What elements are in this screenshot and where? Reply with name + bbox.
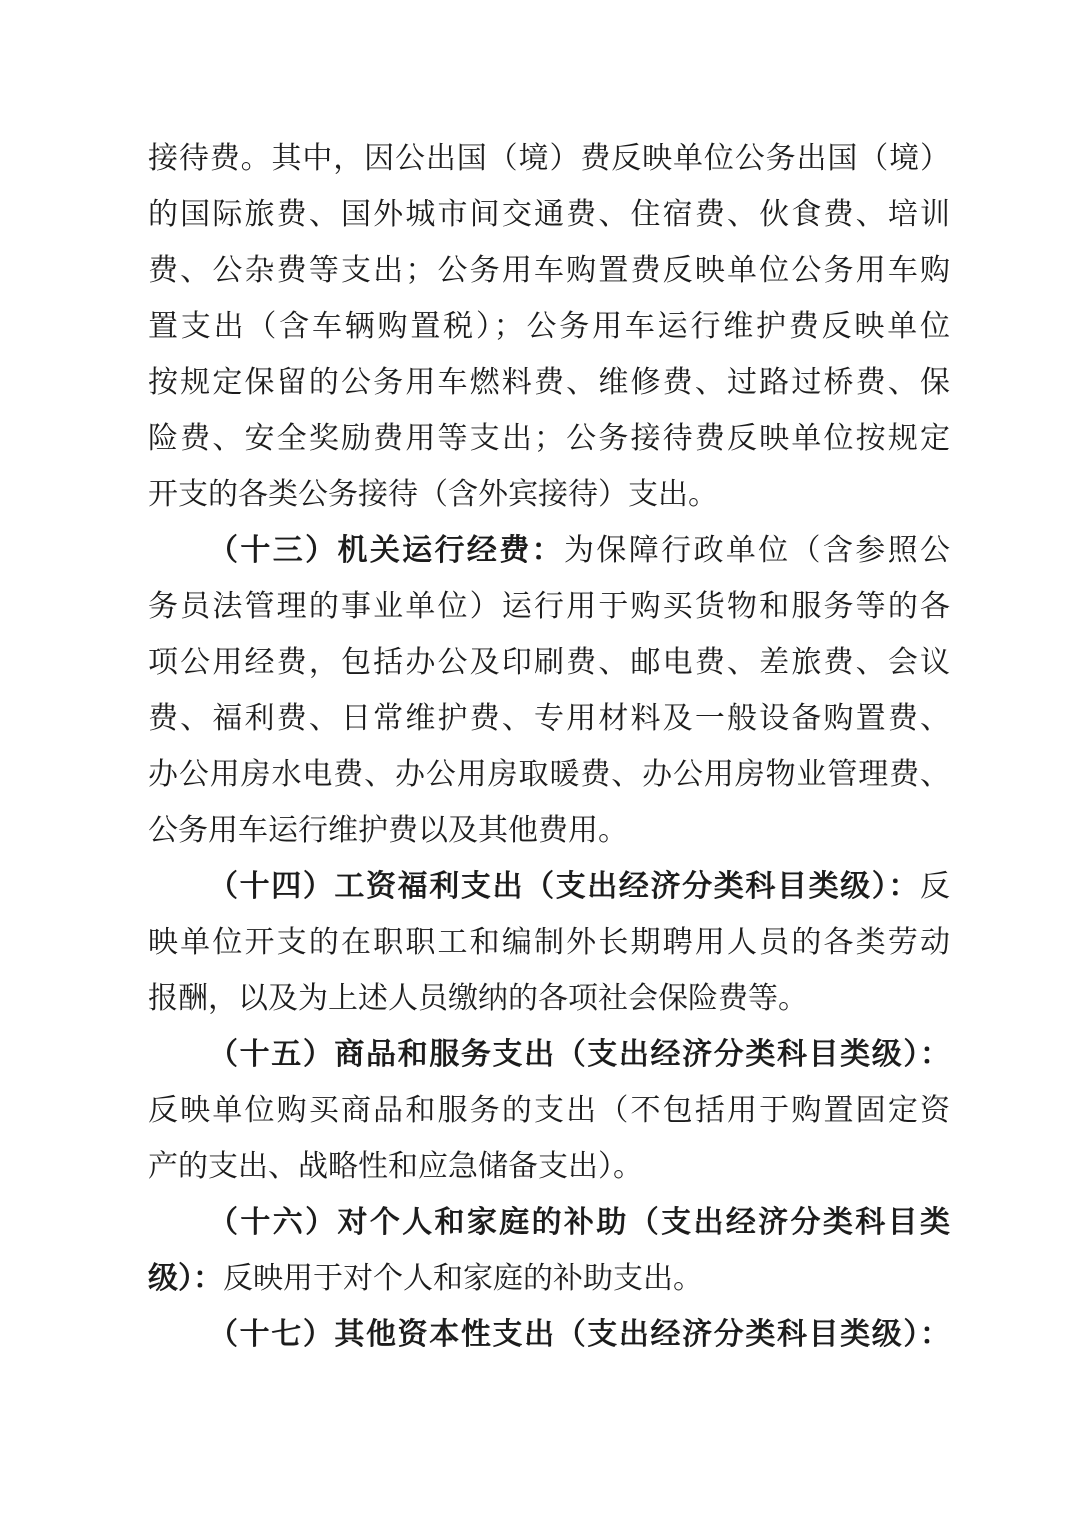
- heading-text-segment: （十七）其他资本性支出（支出经济分类科目类级）：: [208, 1318, 950, 1351]
- text-line: 开支的各类公务接待（含外宾接待）支出。: [148, 467, 950, 523]
- body-text-segment: 项公用经费，包括办公及印刷费、邮电费、差旅费、会议: [148, 646, 950, 679]
- body-text-segment: 反: [920, 870, 950, 903]
- body-text-segment: 费、福利费、日常维护费、专用材料及一般设备购置费、: [148, 702, 950, 735]
- text-line: （十四）工资福利支出（支出经济分类科目类级）：反: [148, 859, 950, 915]
- text-line: （十七）其他资本性支出（支出经济分类科目类级）：: [148, 1307, 950, 1363]
- body-text-segment: 务员法管理的事业单位）运行用于购买货物和服务等的各: [148, 590, 950, 623]
- paragraph: （十三）机关运行经费：为保障行政单位（含参照公务员法管理的事业单位）运行用于购买…: [148, 523, 950, 859]
- body-text-segment: 费、公杂费等支出；公务用车购置费反映单位公务用车购: [148, 254, 950, 287]
- body-text-segment: 开支的各类公务接待（含外宾接待）支出。: [148, 478, 718, 511]
- body-text-segment: 的国际旅费、国外城市间交通费、住宿费、伙食费、培训: [148, 198, 950, 231]
- text-line: 映单位开支的在职职工和编制外长期聘用人员的各类劳动: [148, 915, 950, 971]
- text-line: （十五）商品和服务支出（支出经济分类科目类级）：: [148, 1027, 950, 1083]
- body-text-segment: 为保障行政单位（含参照公: [564, 534, 950, 567]
- text-line: 的国际旅费、国外城市间交通费、住宿费、伙食费、培训: [148, 187, 950, 243]
- heading-text-segment: （十四）工资福利支出（支出经济分类科目类级）：: [208, 870, 920, 903]
- body-text-segment: 报酬，以及为上述人员缴纳的各项社会保险费等。: [148, 982, 808, 1015]
- body-text-segment: 置支出（含车辆购置税）；公务用车运行维护费反映单位: [148, 310, 950, 343]
- paragraph: 接待费。其中，因公出国（境）费反映单位公务出国（境）的国际旅费、国外城市间交通费…: [148, 131, 950, 523]
- text-line: 务员法管理的事业单位）运行用于购买货物和服务等的各: [148, 579, 950, 635]
- heading-text-segment: （十六）对个人和家庭的补助（支出经济分类科目类: [208, 1206, 950, 1239]
- body-text-segment: 接待费。其中，因公出国（境）费反映单位公务出国（境）: [148, 142, 950, 175]
- document-page: { "page": { "background_color": "#ffffff…: [0, 0, 1075, 1520]
- document-body: 接待费。其中，因公出国（境）费反映单位公务出国（境）的国际旅费、国外城市间交通费…: [148, 131, 950, 1363]
- text-line: 公务用车运行维护费以及其他费用。: [148, 803, 950, 859]
- paragraph: （十五）商品和服务支出（支出经济分类科目类级）：反映单位购买商品和服务的支出（不…: [148, 1027, 950, 1195]
- text-line: 接待费。其中，因公出国（境）费反映单位公务出国（境）: [148, 131, 950, 187]
- text-line: 项公用经费，包括办公及印刷费、邮电费、差旅费、会议: [148, 635, 950, 691]
- text-line: 置支出（含车辆购置税）；公务用车运行维护费反映单位: [148, 299, 950, 355]
- text-line: 费、福利费、日常维护费、专用材料及一般设备购置费、: [148, 691, 950, 747]
- body-text-segment: 反映单位购买商品和服务的支出（不包括用于购置固定资: [148, 1094, 950, 1127]
- text-line: （十三）机关运行经费：为保障行政单位（含参照公: [148, 523, 950, 579]
- body-text-segment: 险费、安全奖励费用等支出；公务接待费反映单位按规定: [148, 422, 950, 455]
- paragraph: （十四）工资福利支出（支出经济分类科目类级）：反映单位开支的在职职工和编制外长期…: [148, 859, 950, 1027]
- text-line: 办公用房水电费、办公用房取暖费、办公用房物业管理费、: [148, 747, 950, 803]
- text-line: 费、公杂费等支出；公务用车购置费反映单位公务用车购: [148, 243, 950, 299]
- body-text-segment: 公务用车运行维护费以及其他费用。: [148, 814, 628, 847]
- body-text-segment: 按规定保留的公务用车燃料费、维修费、过路过桥费、保: [148, 366, 950, 399]
- text-line: 产的支出、战略性和应急储备支出）。: [148, 1139, 950, 1195]
- heading-text-segment: （十三）机关运行经费：: [208, 534, 564, 567]
- body-text-segment: 映单位开支的在职职工和编制外长期聘用人员的各类劳动: [148, 926, 950, 959]
- paragraph: （十七）其他资本性支出（支出经济分类科目类级）：: [148, 1307, 950, 1363]
- text-line: 报酬，以及为上述人员缴纳的各项社会保险费等。: [148, 971, 950, 1027]
- body-text-segment: 产的支出、战略性和应急储备支出）。: [148, 1150, 643, 1183]
- heading-text-segment: （十五）商品和服务支出（支出经济分类科目类级）：: [208, 1038, 950, 1071]
- heading-text-segment: 级）：: [148, 1262, 223, 1295]
- text-line: 按规定保留的公务用车燃料费、维修费、过路过桥费、保: [148, 355, 950, 411]
- text-line: 反映单位购买商品和服务的支出（不包括用于购置固定资: [148, 1083, 950, 1139]
- text-line: （十六）对个人和家庭的补助（支出经济分类科目类: [148, 1195, 950, 1251]
- body-text-segment: 反映用于对个人和家庭的补助支出。: [223, 1262, 703, 1295]
- text-line: 级）：反映用于对个人和家庭的补助支出。: [148, 1251, 950, 1307]
- paragraph: （十六）对个人和家庭的补助（支出经济分类科目类级）：反映用于对个人和家庭的补助支…: [148, 1195, 950, 1307]
- body-text-segment: 办公用房水电费、办公用房取暖费、办公用房物业管理费、: [148, 758, 950, 791]
- text-line: 险费、安全奖励费用等支出；公务接待费反映单位按规定: [148, 411, 950, 467]
